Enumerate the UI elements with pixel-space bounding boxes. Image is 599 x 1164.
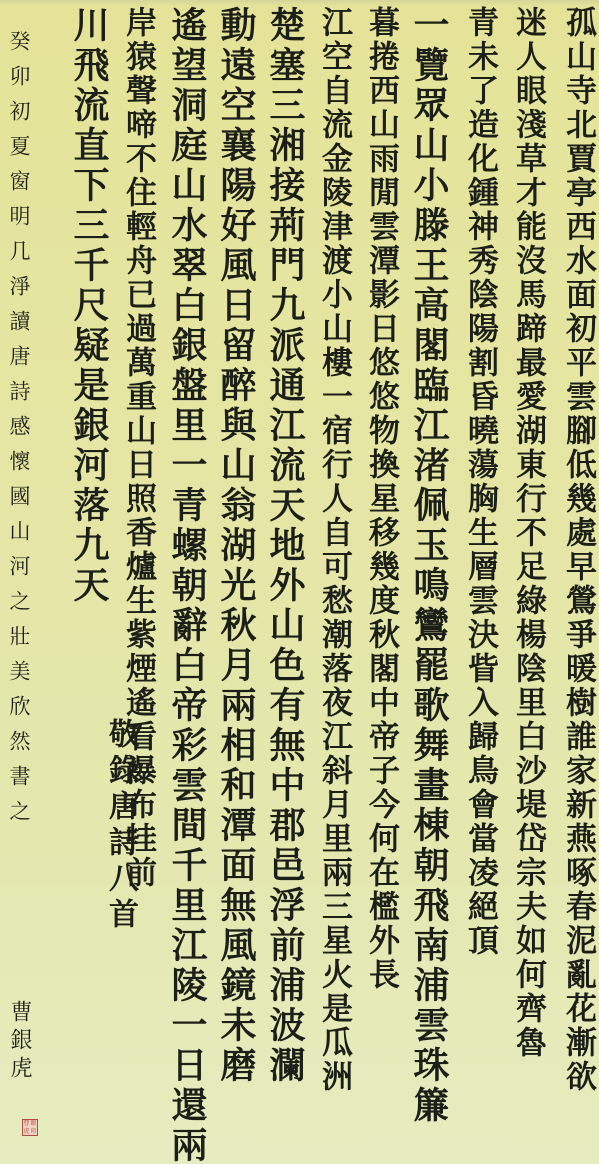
poem-column-9: 遙望洞庭山水翠白銀盤里一青螺朝辭白帝彩雲間千里江陵一日還兩 <box>169 6 205 1164</box>
poem-column-2: 迷人眼淺草才能沒馬蹄最愛湖東行不足綠楊陰里白沙堤岱宗夫如何齊魯 <box>512 6 543 1060</box>
poem-column-4: 一覽眾山小滕王高閣臨江渚佩玉鳴鸞罷歌舞畫棟朝飛南浦雲珠簾 <box>411 6 447 1126</box>
poem-column-5: 暮捲西山雨閒雲潭影日悠悠物換星移幾度秋閣中帝子今何在檻外長 <box>365 6 396 992</box>
seal-char: 曹 <box>23 1120 30 1128</box>
closing-note: 敬錄唐詩八首 <box>105 718 135 934</box>
artist-seal: 曹 銀 虎 印 <box>22 1119 38 1136</box>
seal-char: 銀 <box>30 1120 37 1128</box>
seal-char: 印 <box>30 1128 37 1136</box>
poem-column-8: 動遠空襄陽好風日留醉與山翁湖光秋月兩相和潭面無風鏡未磨 <box>218 6 254 1086</box>
poem-column-3: 青未了造化鍾神秀陰陽割昏曉蕩胸生層雲決眥入歸鳥會當凌絕頂 <box>464 6 495 958</box>
poem-column-1: 孤山寺北賈亭西水面初平雲腳低幾處早鶯爭暖樹誰家新燕啄春泥亂花漸欲 <box>562 6 593 1094</box>
poem-column-11: 川飛流直下三千尺疑是銀河落九天 <box>71 6 107 606</box>
poem-column-6: 江空自流金陵津渡小山樓一宿行人自可愁潮落夜江斜月里兩三星火是瓜洲 <box>318 6 349 1094</box>
inscription: 癸卯初夏窗明几淨讀唐詩感懷國山河之壯美欣然書之 <box>8 30 29 835</box>
poem-column-7: 楚塞三湘接荊門九派通江流天地外山色有無中郡邑浮前浦波瀾 <box>267 6 303 1086</box>
seal-char: 虎 <box>23 1128 30 1136</box>
calligraphy-scroll: 孤山寺北賈亭西水面初平雲腳低幾處早鶯爭暖樹誰家新燕啄春泥亂花漸欲 迷人眼淺草才能… <box>0 0 599 1164</box>
artist-signature: 曹銀虎 <box>8 1000 30 1084</box>
